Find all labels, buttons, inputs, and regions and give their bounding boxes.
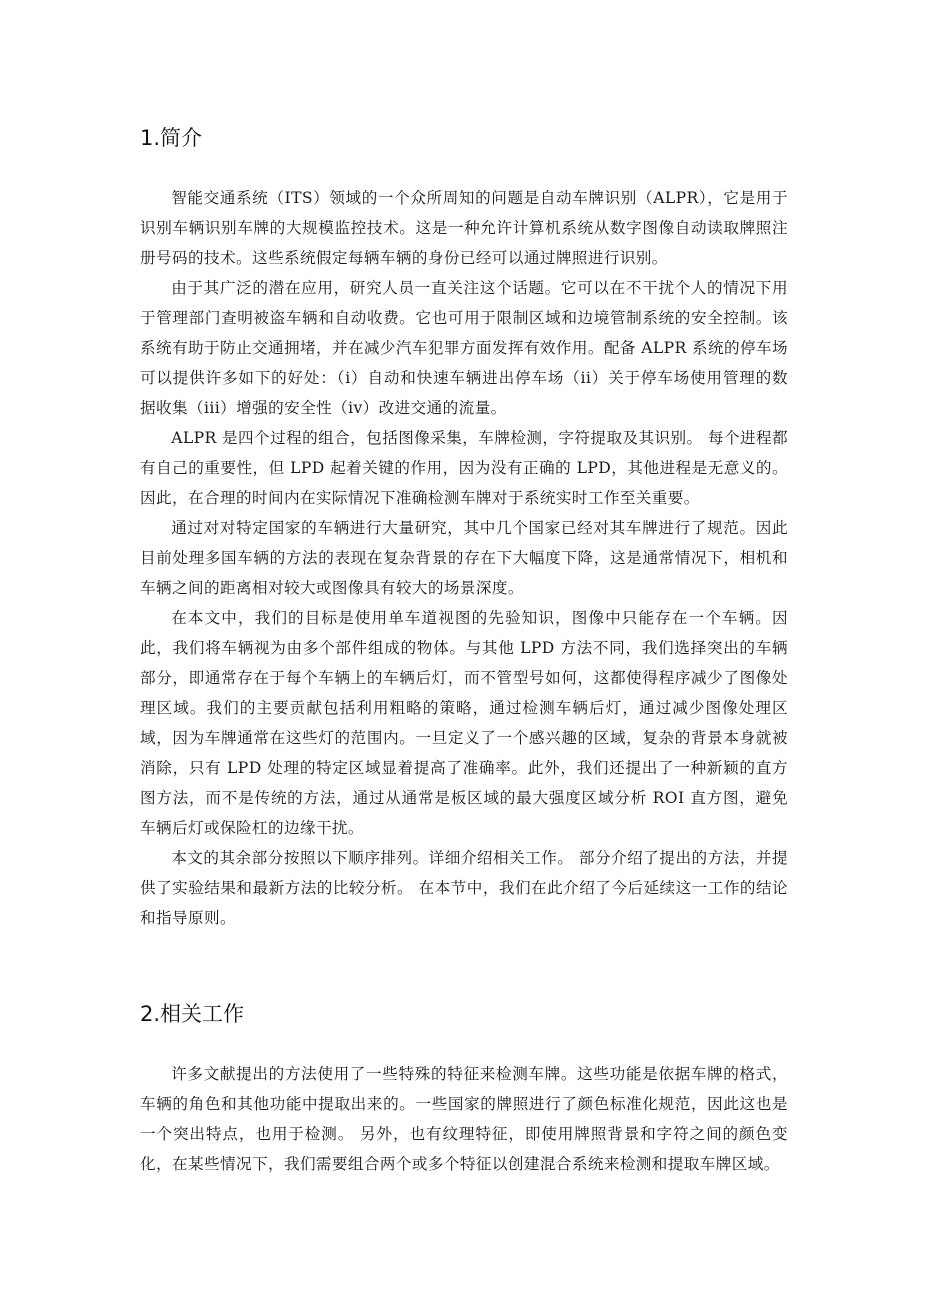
paragraph: 许多文献提出的方法使用了一些特殊的特征来检测车牌。这些功能是依据车牌的格式，车辆… bbox=[140, 1059, 788, 1179]
section-body-introduction: 智能交通系统（ITS）领域的一个众所周知的问题是自动车牌识别（ALPR），它是用… bbox=[140, 183, 788, 933]
paragraph: ALPR 是四个过程的组合，包括图像采集，车牌检测，字符提取及其识别。 每个进程… bbox=[140, 423, 788, 513]
paragraph: 本文的其余部分按照以下顺序排列。详细介绍相关工作。 部分介绍了提出的方法，并提供… bbox=[140, 843, 788, 933]
section-body-related-work: 许多文献提出的方法使用了一些特殊的特征来检测车牌。这些功能是依据车牌的格式，车辆… bbox=[140, 1059, 788, 1179]
section-heading-related-work: 2.相关工作 bbox=[140, 1000, 244, 1028]
paragraph: 在本文中，我们的目标是使用单车道视图的先验知识，图像中只能存在一个车辆。因此，我… bbox=[140, 603, 788, 843]
paragraph: 通过对对特定国家的车辆进行大量研究，其中几个国家已经对其车牌进行了规范。因此目前… bbox=[140, 513, 788, 603]
section-heading-introduction: 1.简介 bbox=[140, 124, 202, 152]
paragraph: 智能交通系统（ITS）领域的一个众所周知的问题是自动车牌识别（ALPR），它是用… bbox=[140, 183, 788, 273]
paragraph: 由于其广泛的潜在应用，研究人员一直关注这个话题。它可以在不干扰个人的情况下用于管… bbox=[140, 273, 788, 423]
